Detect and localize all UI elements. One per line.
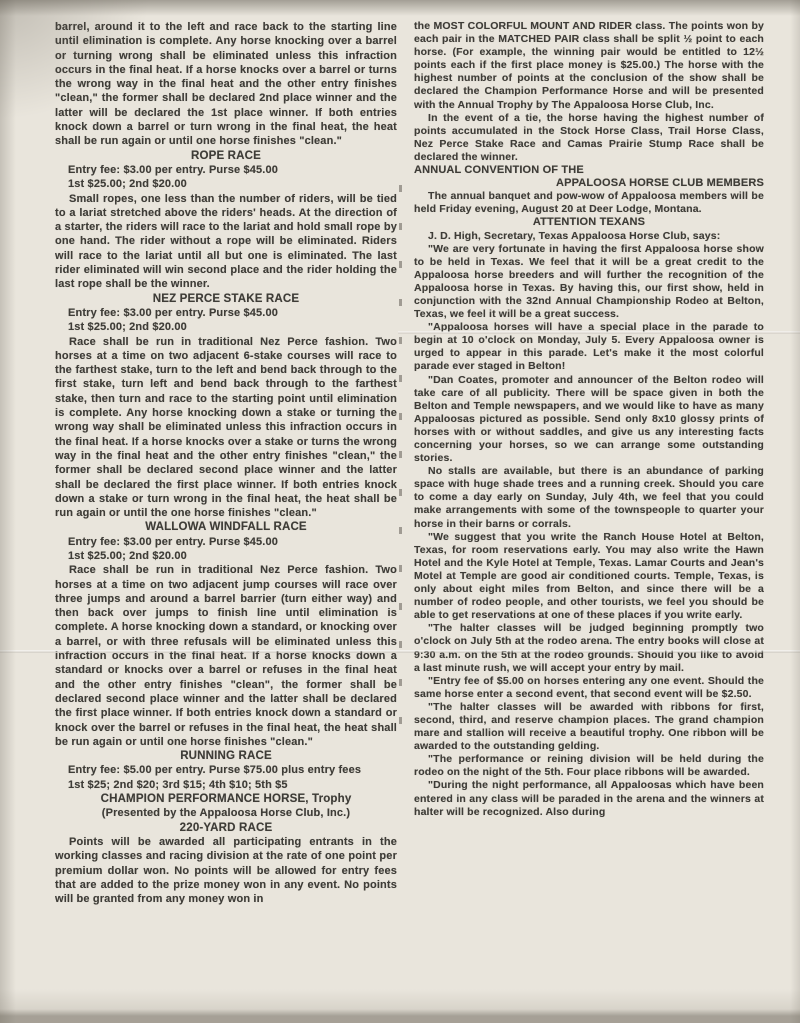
paragraph-hotel-reservations: "We suggest that you write the Ranch Hou…	[414, 531, 764, 623]
paragraph-annual-banquet: The annual banquet and pow-wow of Appalo…	[414, 190, 764, 216]
paragraph-dan-coates-publicity: "Dan Coates, promoter and announcer of t…	[414, 374, 764, 466]
rope-race-prizes: 1st $25.00; 2nd $20.00	[55, 177, 397, 191]
paragraph-wallowa-windfall-race: Race shall be run in traditional Nez Per…	[55, 563, 397, 749]
paragraph-jd-high: J. D. High, Secretary, Texas Appaloosa H…	[414, 230, 764, 243]
scan-edge-right	[790, 0, 800, 1023]
heading-220-yard-race: 220-YARD RACE	[55, 821, 397, 835]
running-race-entry-fee: Entry fee: $5.00 per entry. Purse $75.00…	[55, 763, 397, 777]
heading-wallowa-windfall-race: WALLOWA WINDFALL RACE	[55, 520, 397, 534]
paragraph-parade: "Appaloosa horses will have a special pl…	[414, 321, 764, 373]
paragraph-entry-fee: "Entry fee of $5.00 on horses entering a…	[414, 675, 764, 701]
heading-running-race: RUNNING RACE	[55, 749, 397, 763]
wallowa-prizes: 1st $25.00; 2nd $20.00	[55, 549, 397, 563]
running-race-prizes: 1st $25; 2nd $20; 3rd $15; 4th $10; 5th …	[55, 778, 397, 792]
paragraph-rope-race: Small ropes, one less than the number of…	[55, 192, 397, 292]
right-column: the MOST COLORFUL MOUNT AND RIDER class.…	[414, 20, 764, 1015]
scan-edge-top	[0, 0, 800, 16]
paragraph-no-stalls: No stalls are available, but there is an…	[414, 465, 764, 530]
heading-champion-performance-horse-presenter: (Presented by the Appaloosa Horse Club, …	[55, 806, 397, 820]
scanned-page: barrel, around it to the left and race b…	[0, 0, 800, 1023]
scan-corner-shadow	[0, 0, 150, 120]
heading-annual-convention-line1: ANNUAL CONVENTION OF THE	[414, 164, 764, 177]
left-column: barrel, around it to the left and race b…	[55, 20, 397, 1015]
fold-crease-right	[398, 331, 800, 334]
heading-attention-texans: ATTENTION TEXANS	[414, 216, 764, 229]
wallowa-entry-fee: Entry fee: $3.00 per entry. Purse $45.00	[55, 535, 397, 549]
paragraph-most-colorful-mount: the MOST COLORFUL MOUNT AND RIDER class.…	[414, 20, 764, 112]
paragraph-nez-perce-stake-race: Race shall be run in traditional Nez Per…	[55, 335, 397, 521]
rope-race-entry-fee: Entry fee: $3.00 per entry. Purse $45.00	[55, 163, 397, 177]
center-fold-marks	[399, 185, 402, 725]
paragraph-performance-reining: "The performance or reining division wil…	[414, 753, 764, 779]
paragraph-halter-ribbons: "The halter classes will be awarded with…	[414, 701, 764, 753]
paragraph-points-awarded: Points will be awarded all participating…	[55, 835, 397, 906]
paragraph-halter-judging: "The halter classes will be judged begin…	[414, 622, 764, 674]
scan-edge-left	[0, 0, 16, 1023]
nez-perce-entry-fee: Entry fee: $3.00 per entry. Purse $45.00	[55, 306, 397, 320]
heading-nez-perce-stake-race: NEZ PERCE STAKE RACE	[55, 292, 397, 306]
heading-rope-race: ROPE RACE	[55, 149, 397, 163]
paragraph-first-texas-show: "We are very fortunate in having the fir…	[414, 243, 764, 322]
paragraph-tie-breaker: In the event of a tie, the horse having …	[414, 112, 764, 164]
scan-edge-bottom	[0, 989, 800, 1023]
paragraph-night-performance: "During the night performance, all Appal…	[414, 779, 764, 818]
heading-champion-performance-horse: CHAMPION PERFORMANCE HORSE, Trophy	[55, 792, 397, 806]
heading-annual-convention-line2: APPALOOSA HORSE CLUB MEMBERS	[414, 177, 764, 190]
nez-perce-prizes: 1st $25.00; 2nd $20.00	[55, 320, 397, 334]
